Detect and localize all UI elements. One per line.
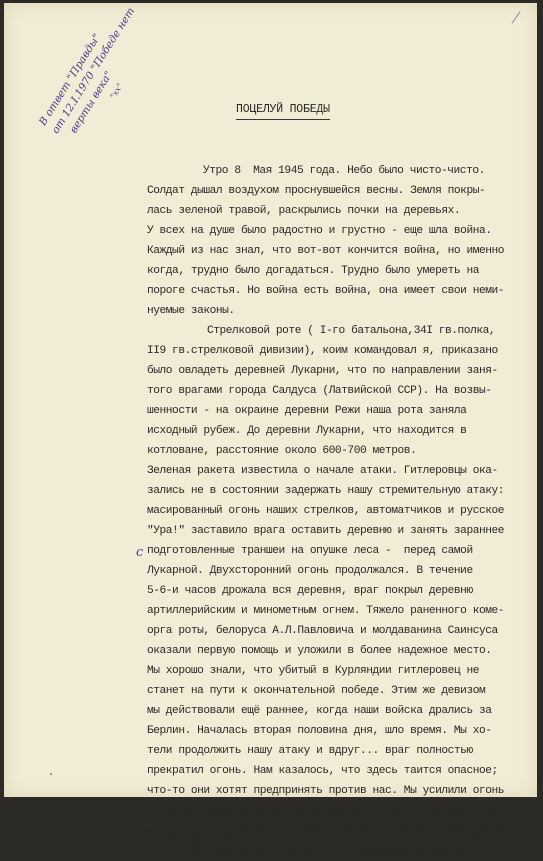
text-line: Каждый из нас знал, что вот-вот кончится… (147, 241, 542, 261)
margin-mark: c (136, 545, 143, 560)
text-line: Берлин. Началась вторая половина дня, шл… (147, 721, 542, 741)
text-line: орга роты, белоруса А.Л.Павловича и молд… (147, 621, 542, 641)
text-line: Солдат дышал воздухом проснувшейся весны… (147, 181, 542, 201)
text-line: артиллерийским и минометным огнем. Тяжел… (147, 601, 542, 621)
text-line: пороге счастья. Но война есть война, она… (147, 281, 542, 301)
text-line: Зеленая ракета известила о начале атаки.… (147, 461, 542, 481)
text-line: II9 гв.стрелковой дивизии), коим командо… (147, 341, 542, 361)
text-line: нуемые законы. (147, 301, 542, 321)
text-line: что-то они хотят предпринять против нас.… (147, 781, 542, 800)
paper-speck (50, 773, 52, 775)
text-line: шенности - на окраине деревни Режи наша … (147, 401, 542, 421)
text-line: прекратил огонь. Нам казалось, что здесь… (147, 761, 542, 781)
document-page: В ответ "Правды" от 12.I.1970 "Победе не… (4, 3, 537, 797)
text-line: того врагами города Салдуса (Латвийской … (147, 381, 542, 401)
text-line: мы действовали ещё раннее, когда наши во… (147, 701, 542, 721)
text-line: "Ура!" заставило врага оставить деревню … (147, 521, 542, 541)
text-line: было овладеть деревней Лукарни, что по н… (147, 361, 542, 381)
text-line: исходный рубеж. До деревни Лукарни, что … (147, 421, 542, 441)
pen-mark (512, 11, 521, 23)
text-line: Стрелковой роте ( I-го батальона,34I гв.… (147, 321, 542, 341)
text-line: Утро 8 Мая 1945 года. Небо было чисто-чи… (147, 161, 542, 181)
text-line: 5-6-и часов дрожала вся деревня, враг по… (147, 581, 542, 601)
text-line: подготовленные траншеи на опушке леса - … (147, 541, 542, 561)
text-line: оказали первую помощь и уложили в более … (147, 641, 542, 661)
text-line: масированный огонь наших стрелков, автом… (147, 501, 542, 521)
document-title: ПОЦЕЛУЙ ПОБЕДЫ (236, 103, 330, 120)
text-line: зались не в состоянии задержать нашу стр… (147, 481, 542, 501)
text-line: У всех на душе было радостно и грустно -… (147, 221, 542, 241)
text-line: станет на пути к окончательной победе. Э… (147, 681, 542, 701)
text-line: котловане, расстояние около 600-700 метр… (147, 441, 542, 461)
text-line: Мы хорошо знали, что убитый в Курляндии … (147, 661, 542, 681)
text-line: когда, трудно было догадаться. Трудно бы… (147, 261, 542, 281)
text-line: Лукарной. Двухсторонний огонь продолжалс… (147, 561, 542, 581)
document-body: Утро 8 Мая 1945 года. Небо было чисто-чи… (147, 161, 542, 800)
text-line: тели продолжить нашу атаку и вдруг... вр… (147, 741, 542, 761)
text-line: лась зеленой травой, раскрылись почки на… (147, 201, 542, 221)
